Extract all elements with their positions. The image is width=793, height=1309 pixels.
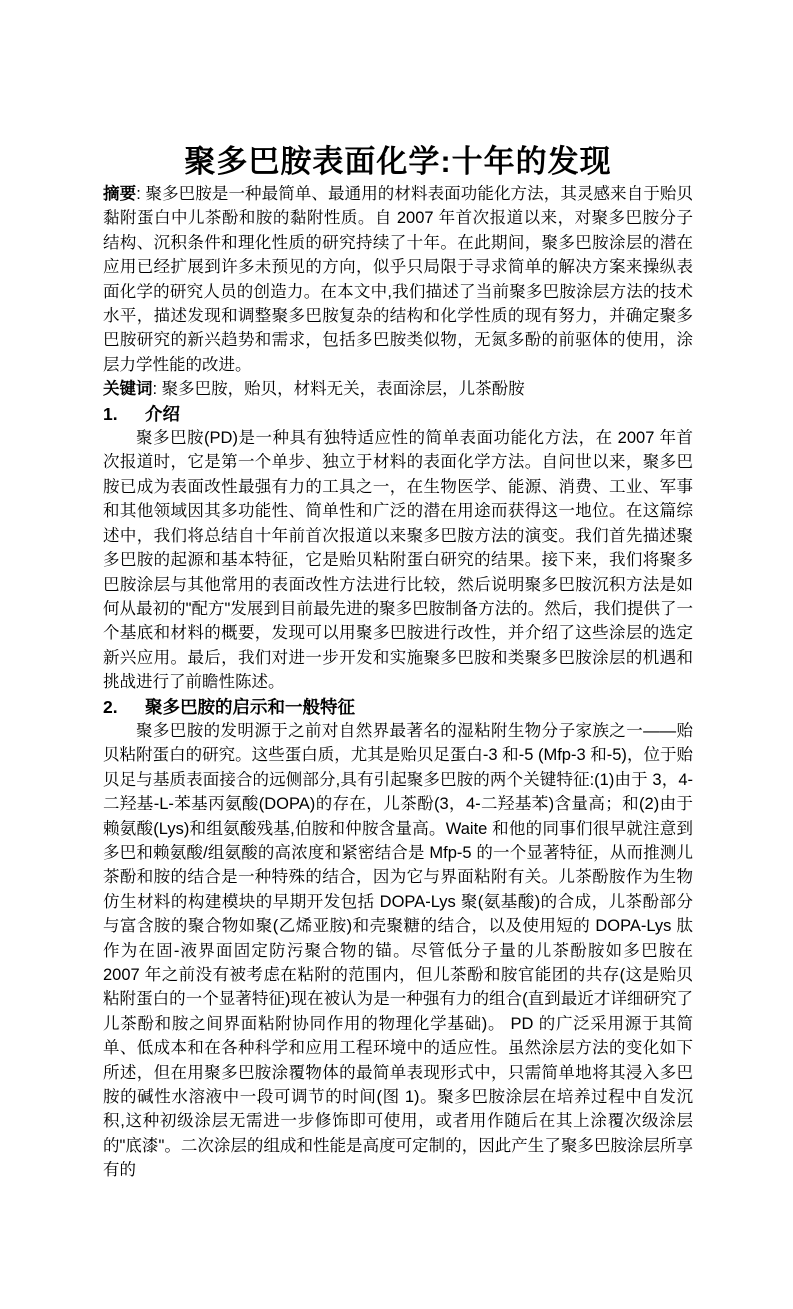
abstract-text: 聚多巴胺是一种最简单、最通用的材料表面功能化方法，其灵感来自于贻贝黏附蛋白中儿茶… xyxy=(103,185,693,374)
keywords-separator: : xyxy=(153,380,162,398)
section-2-number: 2. xyxy=(103,695,145,719)
section-1-paragraph: 聚多巴胺(PD)是一种具有独特适应性的简单表面功能化方法，在 2007 年首次报… xyxy=(103,426,693,694)
section-1-heading-text: 介绍 xyxy=(145,404,180,424)
keywords-text: 聚多巴胺，贻贝，材料无关，表面涂层，儿茶酚胺 xyxy=(162,380,525,398)
section-2-heading-text: 聚多巴胺的启示和一般特征 xyxy=(145,697,355,717)
paper-page: 聚多巴胺表面化学:十年的发现 摘要: 聚多巴胺是一种最简单、最通用的材料表面功能… xyxy=(0,0,793,1309)
keywords-line: 关键词: 聚多巴胺，贻贝，材料无关，表面涂层，儿茶酚胺 xyxy=(103,377,693,401)
section-1-number: 1. xyxy=(103,402,145,426)
section-1-heading: 1.介绍 xyxy=(103,402,693,426)
section-2-heading: 2.聚多巴胺的启示和一般特征 xyxy=(103,695,693,719)
keywords-label: 关键词 xyxy=(103,380,153,398)
abstract-label: 摘要 xyxy=(103,185,136,203)
page-title: 聚多巴胺表面化学:十年的发现 xyxy=(103,142,693,182)
section-2-paragraph: 聚多巴胺的发明源于之前对自然界最著名的湿粘附生物分子家族之一——贻贝粘附蛋白的研… xyxy=(103,719,693,1183)
abstract-paragraph: 摘要: 聚多巴胺是一种最简单、最通用的材料表面功能化方法，其灵感来自于贻贝黏附蛋… xyxy=(103,182,693,377)
